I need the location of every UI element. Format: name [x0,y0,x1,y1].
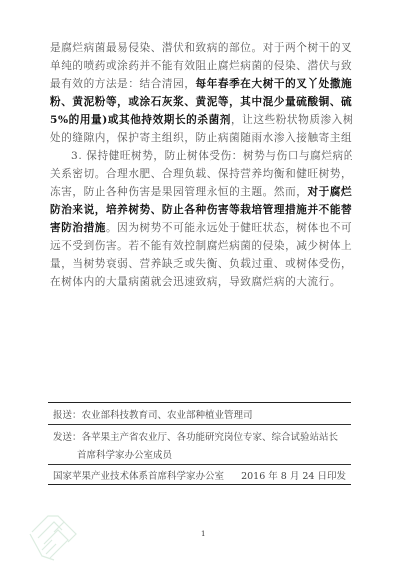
rule-top [48,402,351,403]
text-segment: 处的缝隙内，保护寄主组织，防止病菌随雨水渗入接触寄主组织。 [50,132,352,144]
text-segment: 3. 保持健旺树势，防止树体受伤：树势与伤口与腐烂病的发病 [71,150,352,162]
handshake-logo-icon [24,510,84,562]
text-segment: 远不受到伤害。若不能有效控制腐烂病菌的侵染，减少树体上带菌 [50,240,352,252]
text-segment: 最有效的方法是：结合清园， [50,78,196,90]
text-segment: 在树体内的大量病菌就会迅速致病，导致腐烂病的大流行。 [50,276,341,288]
emphasis-text: 害防治措施 [50,222,106,234]
body-line: 是腐烂病菌最易侵染、潜伏和致病的部位。对于两个树干的叉丫处， [50,39,352,57]
text-segment: 。因为树势不可能永远处于健旺状态，树体也不可能永 [106,222,352,234]
body-line: 处的缝隙内，保护寄主组织，防止病菌随雨水渗入接触寄主组织。 [50,129,352,147]
text-segment: 是腐烂病菌最易侵染、潜伏和致病的部位。对于两个树干的叉丫处， [50,42,352,54]
text-segment: 单纯的喷药或涂药并不能有效阻止腐烂病菌的侵染、潜伏与致病， [50,60,352,72]
body-line: 防治来说，培养树势、防止各种伤害等栽培管理措施并不能替代病 [50,201,352,219]
body-line: 粉、黄泥粉等，或涂石灰浆、黄泥等，其中混少量硫酸铜、硫磺粉(按 [50,93,352,111]
body-line: 冻害，防止各种伤害是果园管理永恒的主题。然而，对于腐烂病的 [50,183,352,201]
sent-to-line2: 首席科学家办公室成员 [77,447,172,461]
body-line: 关系密切。合理水肥、合理负载、保持营养均衡和健旺树势，防止 [50,165,352,183]
body-line: 量，当树势衰弱、营养缺乏或失衡、负载过重、或树体受伤，潜伏 [50,255,352,273]
rule-1 [48,424,351,425]
document-page: 是腐烂病菌最易侵染、潜伏和致病的部位。对于两个树干的叉丫处，单纯的喷药或涂药并不… [0,0,411,580]
text-segment: 冻害，防止各种伤害是果园管理永恒的主题。然而， [50,186,307,198]
emphasis-text: 每年春季在大树干的叉丫处撒施石灰 [196,78,352,90]
text-segment: 量，当树势衰弱、营养缺乏或失衡、负载过重、或树体受伤，潜伏 [50,258,352,270]
text-segment: 关系密切。合理水肥、合理负载、保持营养均衡和健旺树势，防止 [50,168,352,180]
body-line: 害防治措施。因为树势不可能永远处于健旺状态，树体也不可能永 [50,219,352,237]
body-line: 3. 保持健旺树势，防止树体受伤：树势与伤口与腐烂病的发病 [50,147,352,165]
body-text: 是腐烂病菌最易侵染、潜伏和致病的部位。对于两个树干的叉丫处，单纯的喷药或涂药并不… [50,39,352,291]
reported-to: 报送：农业部科技教育司、农业部种植业管理司 [53,407,253,421]
emphasis-text: 5%的用量)或其他持效期长的杀菌剂 [50,114,231,126]
body-line: 单纯的喷药或涂药并不能有效阻止腐烂病菌的侵染、潜伏与致病， [50,57,352,75]
issue-date: 2016 年 8 月 24 日印发 [241,468,346,482]
body-line: 在树体内的大量病菌就会迅速致病，导致腐烂病的大流行。 [50,273,352,291]
issuer: 国家苹果产业技术体系首席科学家办公室 [53,468,224,482]
emphasis-text: 对于腐烂病的 [307,186,352,198]
text-segment: ，让这些粉状物质渗入树干叉丫 [231,114,352,126]
emphasis-text: 粉、黄泥粉等，或涂石灰浆、黄泥等，其中混少量硫酸铜、硫磺粉(按 [50,96,352,108]
body-line: 远不受到伤害。若不能有效控制腐烂病菌的侵染，减少树体上带菌 [50,237,352,255]
sent-to-line1: 发送：各苹果主产省农业厅、各功能研究岗位专家、综合试验站站长 [53,429,338,443]
body-line: 5%的用量)或其他持效期长的杀菌剂，让这些粉状物质渗入树干叉丫 [50,111,352,129]
page-number: 1 [201,530,205,538]
rule-2 [48,464,351,465]
body-line: 最有效的方法是：结合清园，每年春季在大树干的叉丫处撒施石灰 [50,75,352,93]
rule-bottom [48,484,351,485]
emphasis-text: 防治来说，培养树势、防止各种伤害等栽培管理措施并不能替代病 [50,204,352,216]
